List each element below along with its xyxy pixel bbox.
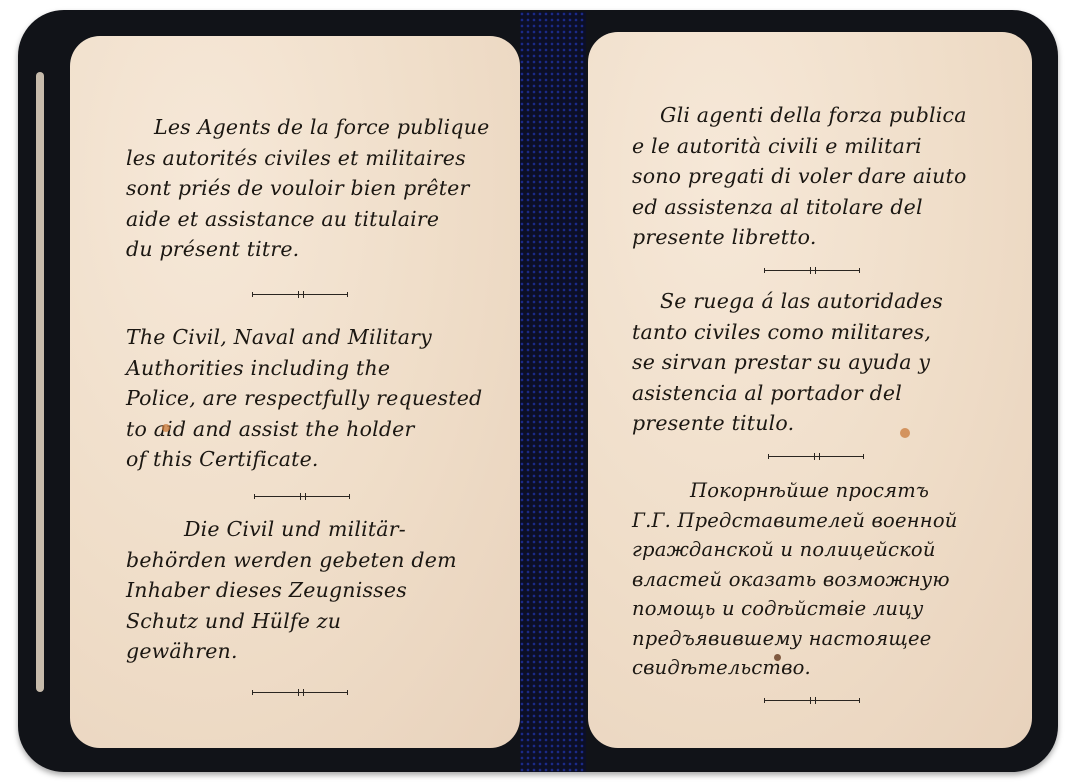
ornamental-divider [764,266,860,274]
text-line: presente libretto. [632,222,967,253]
text-line: Inhaber dieses Zeugnisses [126,575,457,606]
english-paragraph: The Civil, Naval and Military Authoritie… [126,322,482,475]
cover-inner-edge [36,72,44,692]
text-line: Schutz und Hülfe zu [126,606,457,637]
italian-paragraph: Gli agenti della forza publica e le auto… [632,100,967,253]
text-line: asistencia al portador del [632,378,943,409]
text-line: The Civil, Naval and Military [126,322,482,353]
text-line: Se ruega á las autoridades [632,286,943,317]
foxing-stain [162,424,170,432]
ornamental-divider [768,452,864,460]
text-line: свидѣтельство. [632,653,958,683]
text-line: предъявившему настоящее [632,624,958,654]
left-page: Les Agents de la force publique les auto… [70,36,520,748]
text-line: presente titulo. [632,408,943,439]
text-line: sont priés de vouloir bien prêter [126,173,489,204]
text-line: Police, are respectfully requested [126,383,482,414]
right-page: Gli agenti della forza publica e le auto… [588,32,1032,748]
text-line: Les Agents de la force publique [126,112,489,143]
spanish-paragraph: Se ruega á las autoridades tanto civiles… [632,286,943,439]
text-line: Г.Г. Представителей военной [632,506,958,536]
text-line: Gli agenti della forza publica [632,100,967,131]
russian-paragraph: Покорнѣйше просятъ Г.Г. Представителей в… [632,476,958,683]
text-line: of this Certificate. [126,444,482,475]
text-line: гражданской и полицейской [632,535,958,565]
ornamental-divider [254,492,350,500]
text-line: Die Civil und militär- [126,514,457,545]
text-line: gewähren. [126,636,457,667]
text-line: ed assistenza al titolare del [632,192,967,223]
text-line: se sirvan prestar su ayuda y [632,347,943,378]
french-paragraph: Les Agents de la force publique les auto… [126,112,489,265]
text-line: les autorités civiles et militaires [126,143,489,174]
text-line: Authorities including the [126,353,482,384]
booklet-spine [520,12,586,772]
text-line: tanto civiles como militares, [632,317,943,348]
foxing-stain [900,428,910,438]
ornamental-divider [252,688,348,696]
text-line: aide et assistance au titulaire [126,204,489,235]
german-paragraph: Die Civil und militär- behörden werden g… [126,514,457,667]
text-line: помощь и содѣйствіе лицу [632,594,958,624]
ornamental-divider [764,696,860,704]
text-line: e le autorità civili e militari [632,131,967,162]
foxing-stain [774,654,781,661]
text-line: to aid and assist the holder [126,414,482,445]
text-line: du présent titre. [126,234,489,265]
text-line: sono pregati di voler dare aiuto [632,161,967,192]
text-line: behörden werden gebeten dem [126,545,457,576]
text-line: властей оказать возможную [632,565,958,595]
text-line: Покорнѣйше просятъ [632,476,958,506]
ornamental-divider [252,290,348,298]
